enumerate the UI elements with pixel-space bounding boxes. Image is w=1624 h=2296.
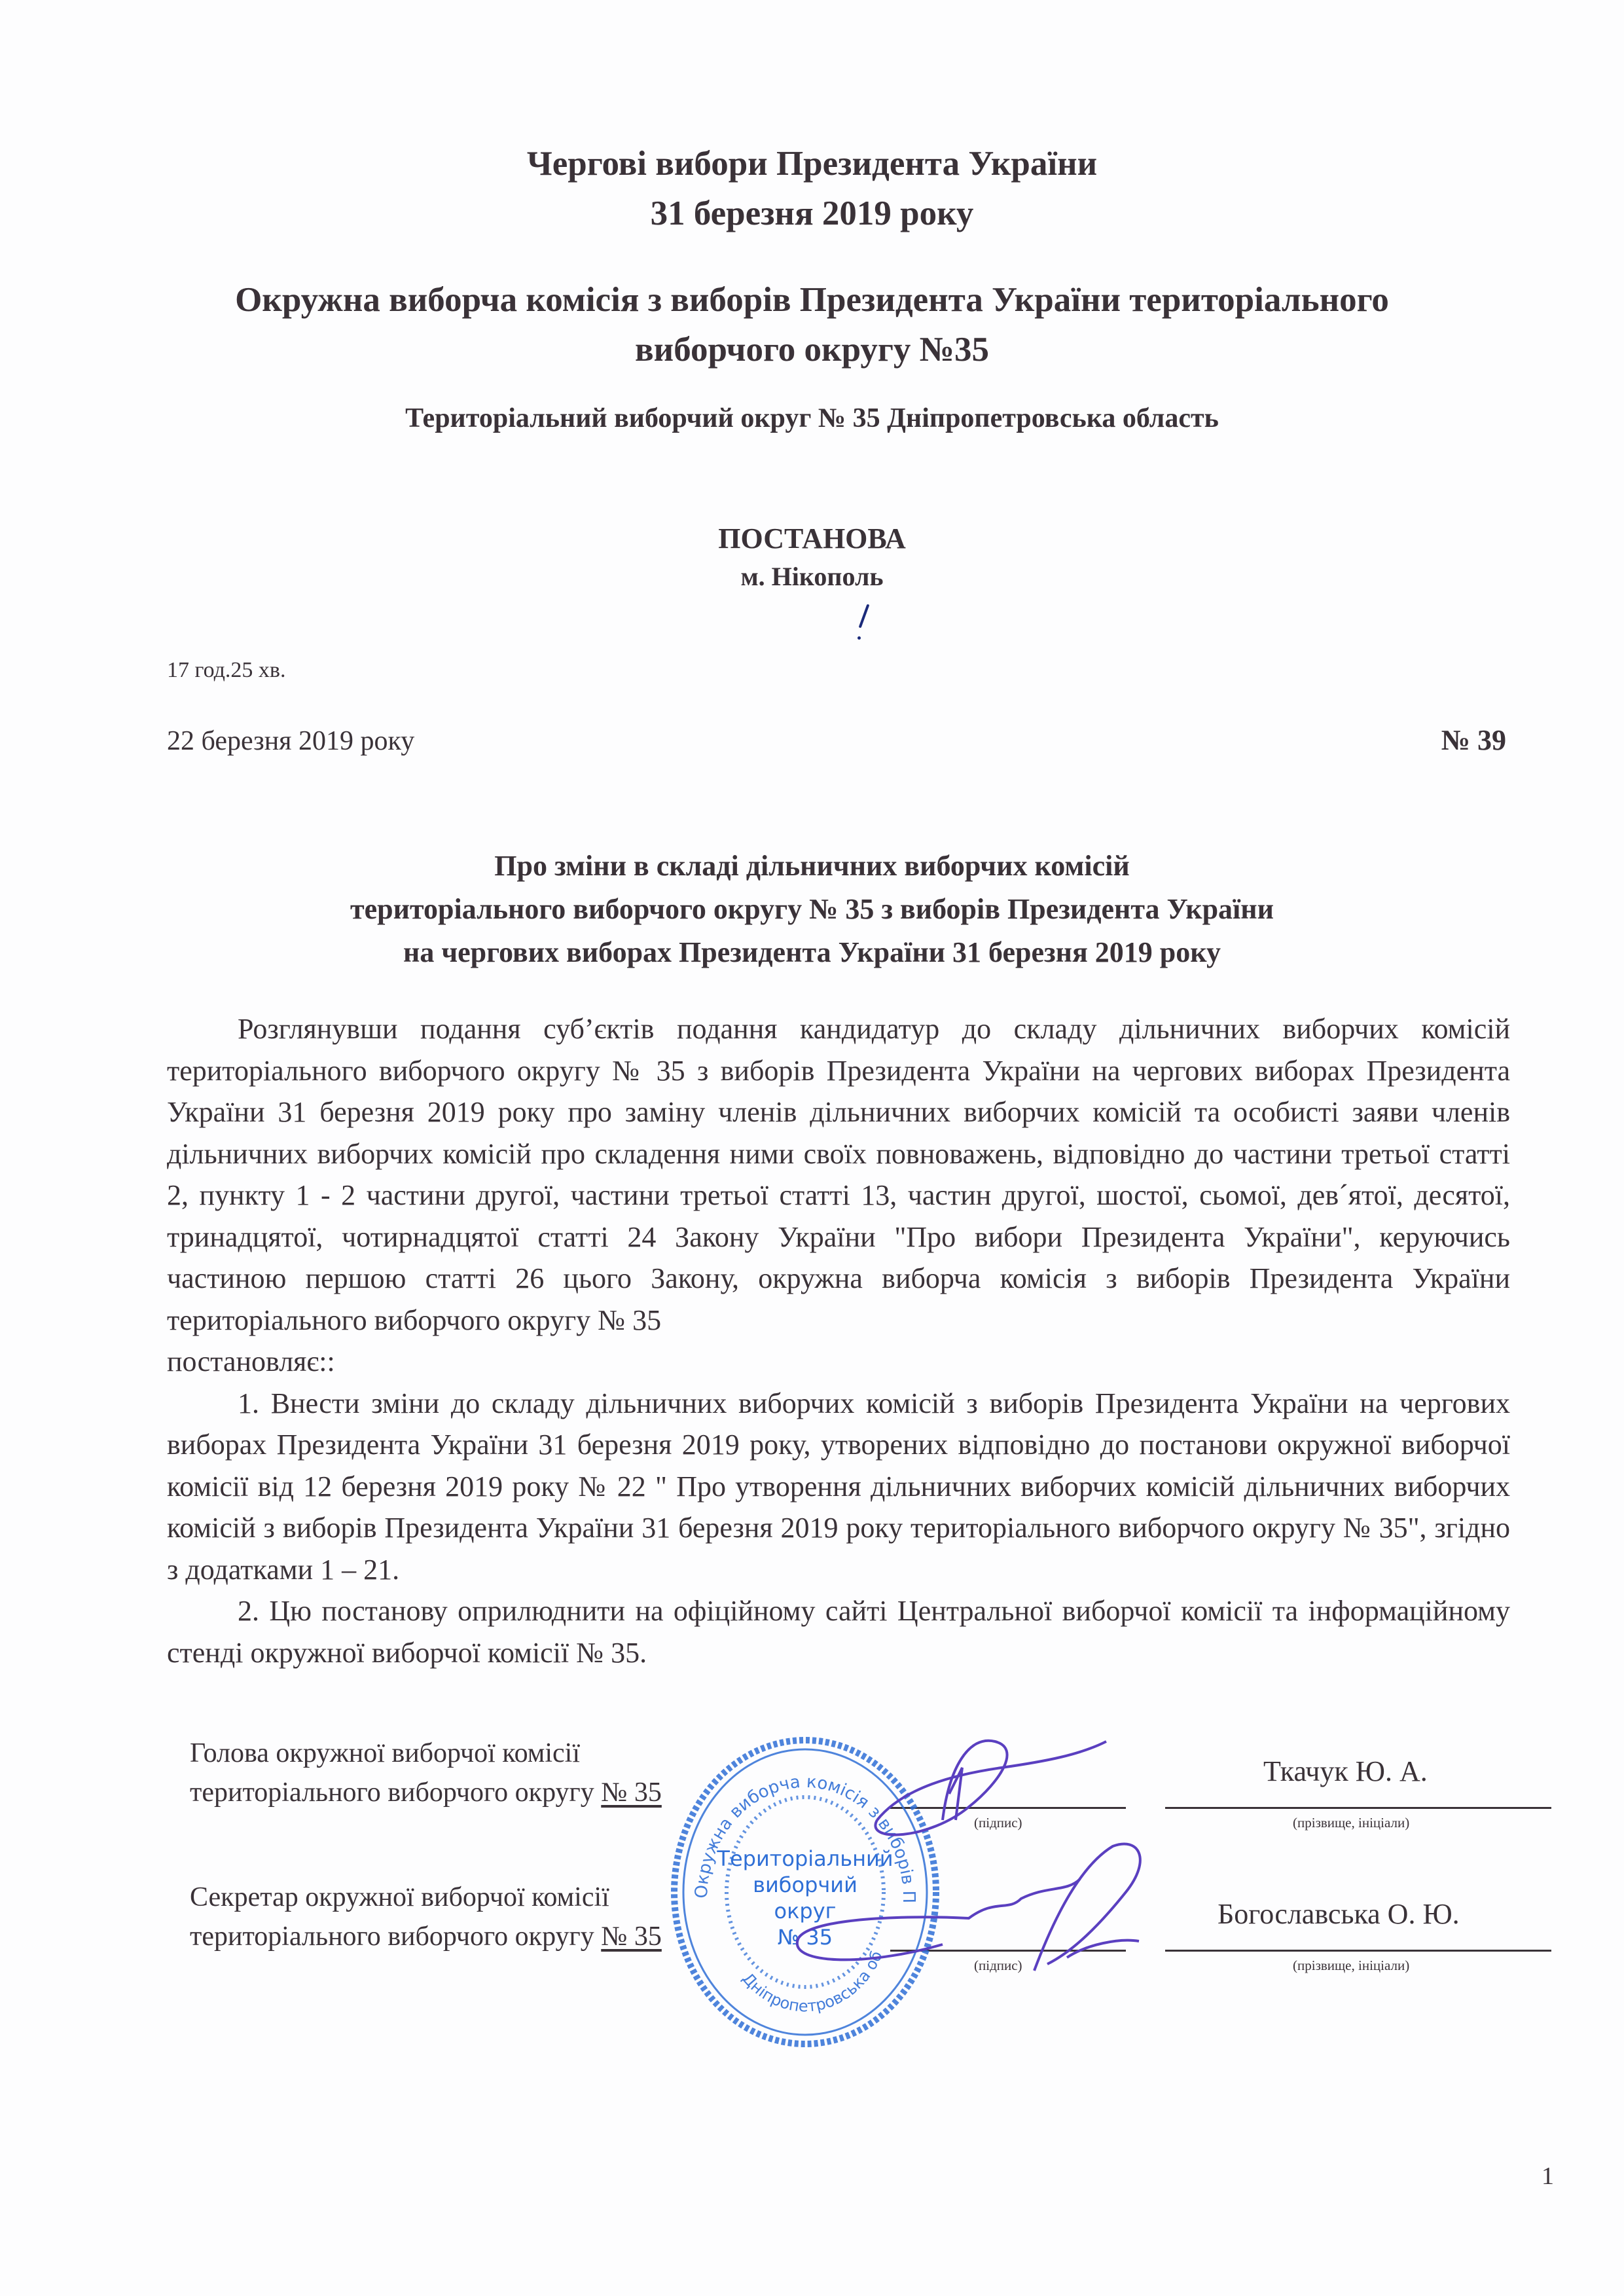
decree-number: № 39 — [1441, 723, 1506, 757]
resolves-line: постановляє:: — [167, 1341, 1510, 1383]
secretary-name-caption: (прізвище, ініціали) — [1293, 1958, 1409, 1974]
secretary-district-number: № 35 — [601, 1922, 662, 1952]
secretary-name-line — [1165, 1950, 1551, 1952]
decree-city: м. Нікополь — [0, 560, 1624, 594]
secretary-role-line-2: територіального виборчого округу № 35 — [190, 1917, 662, 1956]
chair-role-prefix: територіального виборчого округу — [190, 1777, 601, 1808]
decree-subject: Про зміни в складі дільничних виборчих к… — [0, 845, 1624, 974]
subject-line-3: на чергових виборах Президента України 3… — [0, 931, 1624, 974]
chair-name-line — [1165, 1807, 1551, 1809]
election-title: Чергові вибори Президента України — [0, 139, 1624, 189]
subject-line-1: Про зміни в складі дільничних виборчих к… — [0, 845, 1624, 888]
chair-district-number: № 35 — [601, 1777, 662, 1808]
election-date: 31 березня 2019 року — [0, 189, 1624, 238]
secretary-signature-icon — [772, 1840, 1165, 1997]
subject-line-2: територіального виборчого округу № 35 з … — [0, 888, 1624, 931]
commission-line-2: виборчого округу №35 — [0, 325, 1624, 374]
chair-signature-block: Голова окружної виборчої комісії територ… — [190, 1734, 662, 1812]
secretary-name: Богославська О. Ю. — [1218, 1897, 1460, 1931]
election-heading: Чергові вибори Президента України 31 бер… — [0, 139, 1624, 238]
pen-mark — [859, 604, 870, 628]
commission-heading: Окружна виборча комісія з виборів Презид… — [0, 275, 1624, 374]
preamble-paragraph: Розглянувши подання суб’єктів подання ка… — [167, 1008, 1510, 1341]
decree-title: ПОСТАНОВА — [0, 520, 1624, 557]
district-heading: Територіальний виборчий округ № 35 Дніпр… — [0, 401, 1624, 436]
secretary-signature-block: Секретар окружної виборчої комісії терит… — [190, 1878, 662, 1956]
decree-time: 17 год.25 хв. — [167, 658, 285, 683]
pen-dot — [857, 636, 861, 640]
decree-body: Розглянувши подання суб’єктів подання ка… — [167, 1008, 1510, 1673]
chair-role-line-2: територіального виборчого округу № 35 — [190, 1773, 662, 1812]
page-number: 1 — [1542, 2162, 1554, 2191]
secretary-role-line-1: Секретар окружної виборчої комісії — [190, 1878, 662, 1917]
commission-line-1: Окружна виборча комісія з виборів Презид… — [0, 275, 1624, 325]
resolution-item-1: 1. Внести зміни до складу дільничних виб… — [167, 1383, 1510, 1591]
chair-name: Ткачук Ю. А. — [1263, 1755, 1428, 1788]
secretary-role-prefix: територіального виборчого округу — [190, 1922, 601, 1952]
chair-role-line-1: Голова окружної виборчої комісії — [190, 1734, 662, 1773]
resolution-item-2: 2. Цю постанову оприлюднити на офіційном… — [167, 1590, 1510, 1673]
document-page: Чергові вибори Президента України 31 бер… — [0, 0, 1624, 2296]
chair-name-caption: (прізвище, ініціали) — [1293, 1815, 1409, 1831]
decree-date: 22 березня 2019 року — [167, 725, 414, 757]
